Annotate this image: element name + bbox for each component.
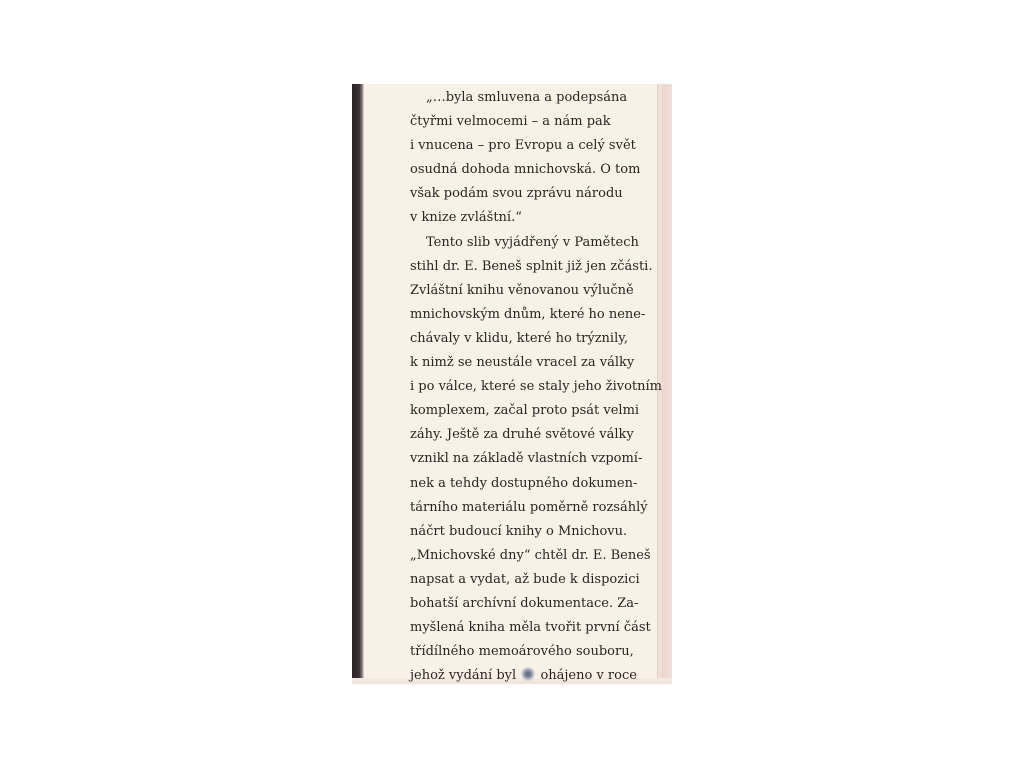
text-line: náčrt budoucí knihy o Mnichovu. — [410, 520, 606, 544]
text-line: napsat a vydat, až bude k dispozici — [410, 568, 606, 592]
text-line: osudná dohoda mnichovská. O tom — [410, 158, 606, 182]
text-line: Tento slib vyjádřený v Pamětech — [410, 231, 606, 255]
text-line: třídílného memoárového souboru, — [410, 640, 606, 664]
text-line: bohatší archívní dokumentace. Za- — [410, 592, 606, 616]
text-line: nek a tehdy dostupného dokumen- — [410, 472, 606, 496]
text-line: však podám svou zprávu národu — [410, 182, 606, 206]
text-line: Zvláštní knihu věnovanou výlučně — [410, 279, 606, 303]
stamp-line-before: jehož vydání byl — [410, 668, 516, 683]
book-spine-shadow — [352, 84, 364, 684]
text-line: vznikl na základě vlastních vzpomí- — [410, 447, 606, 471]
text-line: tárního materiálu poměrně rozsáhlý — [410, 496, 606, 520]
stamp-line: jehož vydání byl ohájeno v roce — [410, 664, 606, 684]
text-line: „…byla smluvena a podepsána — [410, 86, 606, 110]
text-line: stihl dr. E. Beneš splnit již jen zčásti… — [410, 255, 606, 279]
scanned-page: „…byla smluvena a podepsánačtyřmi velmoc… — [352, 84, 672, 684]
stamp-seal-icon — [520, 667, 536, 681]
text-line: komplexem, začal proto psát velmi — [410, 399, 606, 423]
text-line: myšlená kniha měla tvořit první část — [410, 616, 606, 640]
text-line: chávaly v klidu, které ho trýznily, — [410, 327, 606, 351]
text-line: „Mnichovské dny“ chtěl dr. E. Beneš — [410, 544, 606, 568]
text-line: záhy. Ještě za druhé světové války — [410, 423, 606, 447]
text-line: k nimž se neustále vracel za války — [410, 351, 606, 375]
text-line: čtyřmi velmocemi – a nám pak — [410, 110, 606, 134]
text-line: i po válce, které se staly jeho životním — [410, 375, 606, 399]
text-line: mnichovským dnům, které ho nene- — [410, 303, 606, 327]
stamp-line-after: ohájeno v roce — [540, 668, 637, 683]
body-text: „…byla smluvena a podepsánačtyřmi velmoc… — [410, 86, 606, 684]
text-line: v knize zvláštní.“ — [410, 206, 606, 230]
text-line: i vnucena – pro Evropu a celý svět — [410, 134, 606, 158]
